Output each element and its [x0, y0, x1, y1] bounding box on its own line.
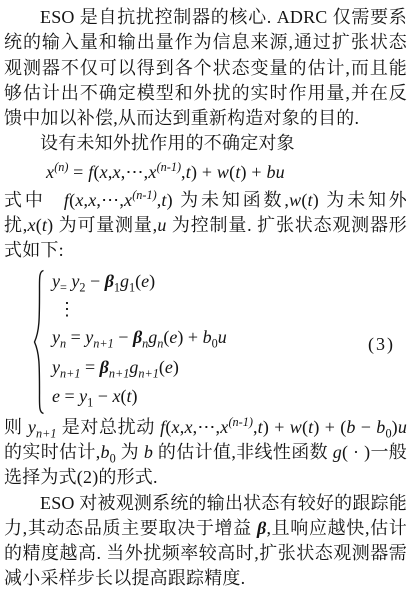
left-brace-icon: [32, 269, 46, 415]
display-equation-plant: x(n) = f(x,x,⋯,x(n-1),t) + w(t) + bu: [4, 157, 407, 188]
equation-number: (3): [368, 330, 395, 360]
page: ESO 是自抗扰控制器的核心. ADRC 仅需要系统的输入量和输出量作为信息来源…: [0, 0, 413, 592]
equation-line-vdots: ⋮: [52, 296, 407, 323]
paragraph-eso-tracking: ESO 对被观测系统的输出状态有较好的跟踪能力,其动态品质主要取决于增益 β,且…: [4, 491, 407, 592]
paragraph-where-clause: 式中 f(x,x,⋯,x(n-1),t) 为未知函数,w(t) 为未知外扰,x(…: [4, 188, 407, 264]
equation-line-1: y= y2 − β1g1(e): [52, 267, 407, 297]
equation-line-n1: yn+1 = βn+1gn+1(e): [52, 353, 407, 383]
paragraph-eso-intro: ESO 是自抗扰控制器的核心. ADRC 仅需要系统的输入量和输出量作为信息来源…: [4, 5, 407, 131]
paragraph-setup: 设有未知外扰作用的不确定对象: [4, 131, 407, 156]
paragraph-estimate-explain: 则 yn+1 是对总扰动 f(x,x,⋯,x(n-1),t) + w(t) + …: [4, 415, 407, 491]
equation-system-3: y= y2 − β1g1(e) ⋮ yn = yn+1 − βngn(e) + …: [4, 267, 407, 415]
equation-line-n: yn = yn+1 − βngn(e) + b0u: [52, 323, 407, 353]
equation-line-e: e = y1 − x(t): [52, 382, 407, 412]
